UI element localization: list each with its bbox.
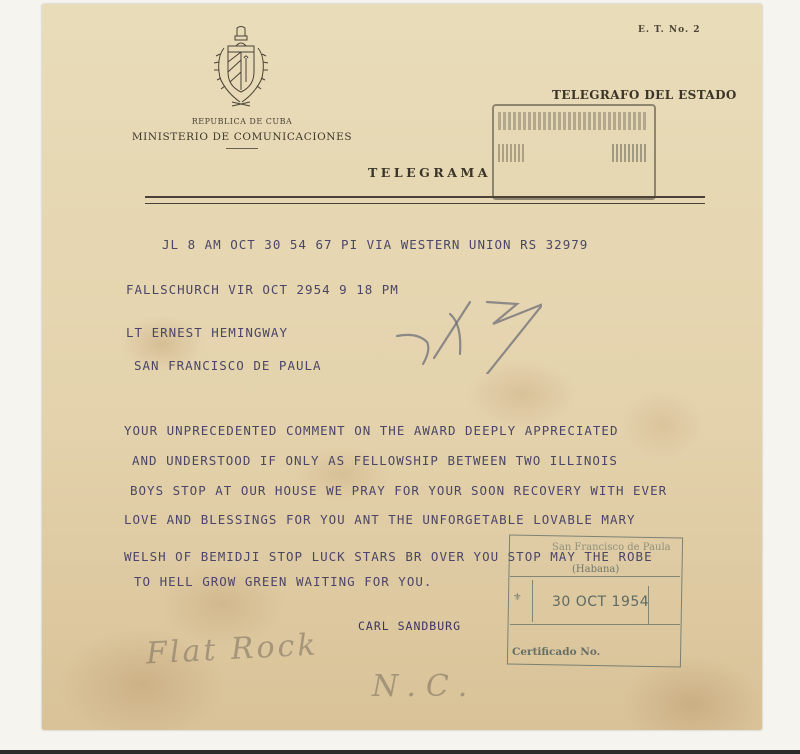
message-line: TO HELL GROW GREEN WAITING FOR YOU. [134,574,432,589]
origin-line: FALLSCHURCH VIR OCT 2954 9 18 PM [126,282,399,297]
message-line: AND UNDERSTOOD IF ONLY AS FELLOWSHIP BET… [132,453,618,468]
transmission-header: JL 8 AM OCT 30 54 67 PI VIA WESTERN UNIO… [162,237,588,252]
ministry-name: MINISTERIO DE COMUNICACIONES [102,131,382,143]
form-title: TELEGRAMA [368,165,491,180]
ministry-divider [226,148,258,149]
sender-signature: CARL SANDBURG [358,619,461,633]
scan-border [0,750,800,754]
header-divider [145,196,705,204]
form-number: E. T. No. 2 [638,25,701,35]
cuba-coat-of-arms-icon [206,24,276,110]
stamp-date: 30 OCT 1954 [552,594,649,610]
republic-name: REPUBLICA DE CUBA [122,117,362,126]
pencil-note-state: N.C. [372,669,477,704]
message-line: BOYS STOP AT OUR HOUSE WE PRAY FOR YOUR … [130,483,667,498]
message-line: LOVE AND BLESSINGS FOR YOU ANT THE UNFOR… [124,512,636,527]
telegram-paper: REPUBLICA DE CUBA MINISTERIO DE COMUNICA… [42,4,762,730]
service-title: TELEGRAFO DEL ESTADO [552,88,737,102]
certificate-label: Certificado No. [512,646,600,658]
stamp-crest-icon: ⚜ [514,590,521,603]
pencil-note-location: Flat Rock [145,628,319,672]
message-line: YOUR UNPRECEDENTED COMMENT ON THE AWARD … [124,423,619,438]
delivery-stamp: San Francisco de Paula (Habana) ⚜ 30 OCT… [500,536,690,672]
reception-stamp [492,104,656,200]
addressee-name: LT ERNEST HEMINGWAY [126,325,288,340]
pencil-mark [392,294,542,374]
stamp-city: (Habana) [572,564,619,575]
addressee-place: SAN FRANCISCO DE PAULA [134,358,322,373]
stamp-office: San Francisco de Paula [552,542,671,553]
